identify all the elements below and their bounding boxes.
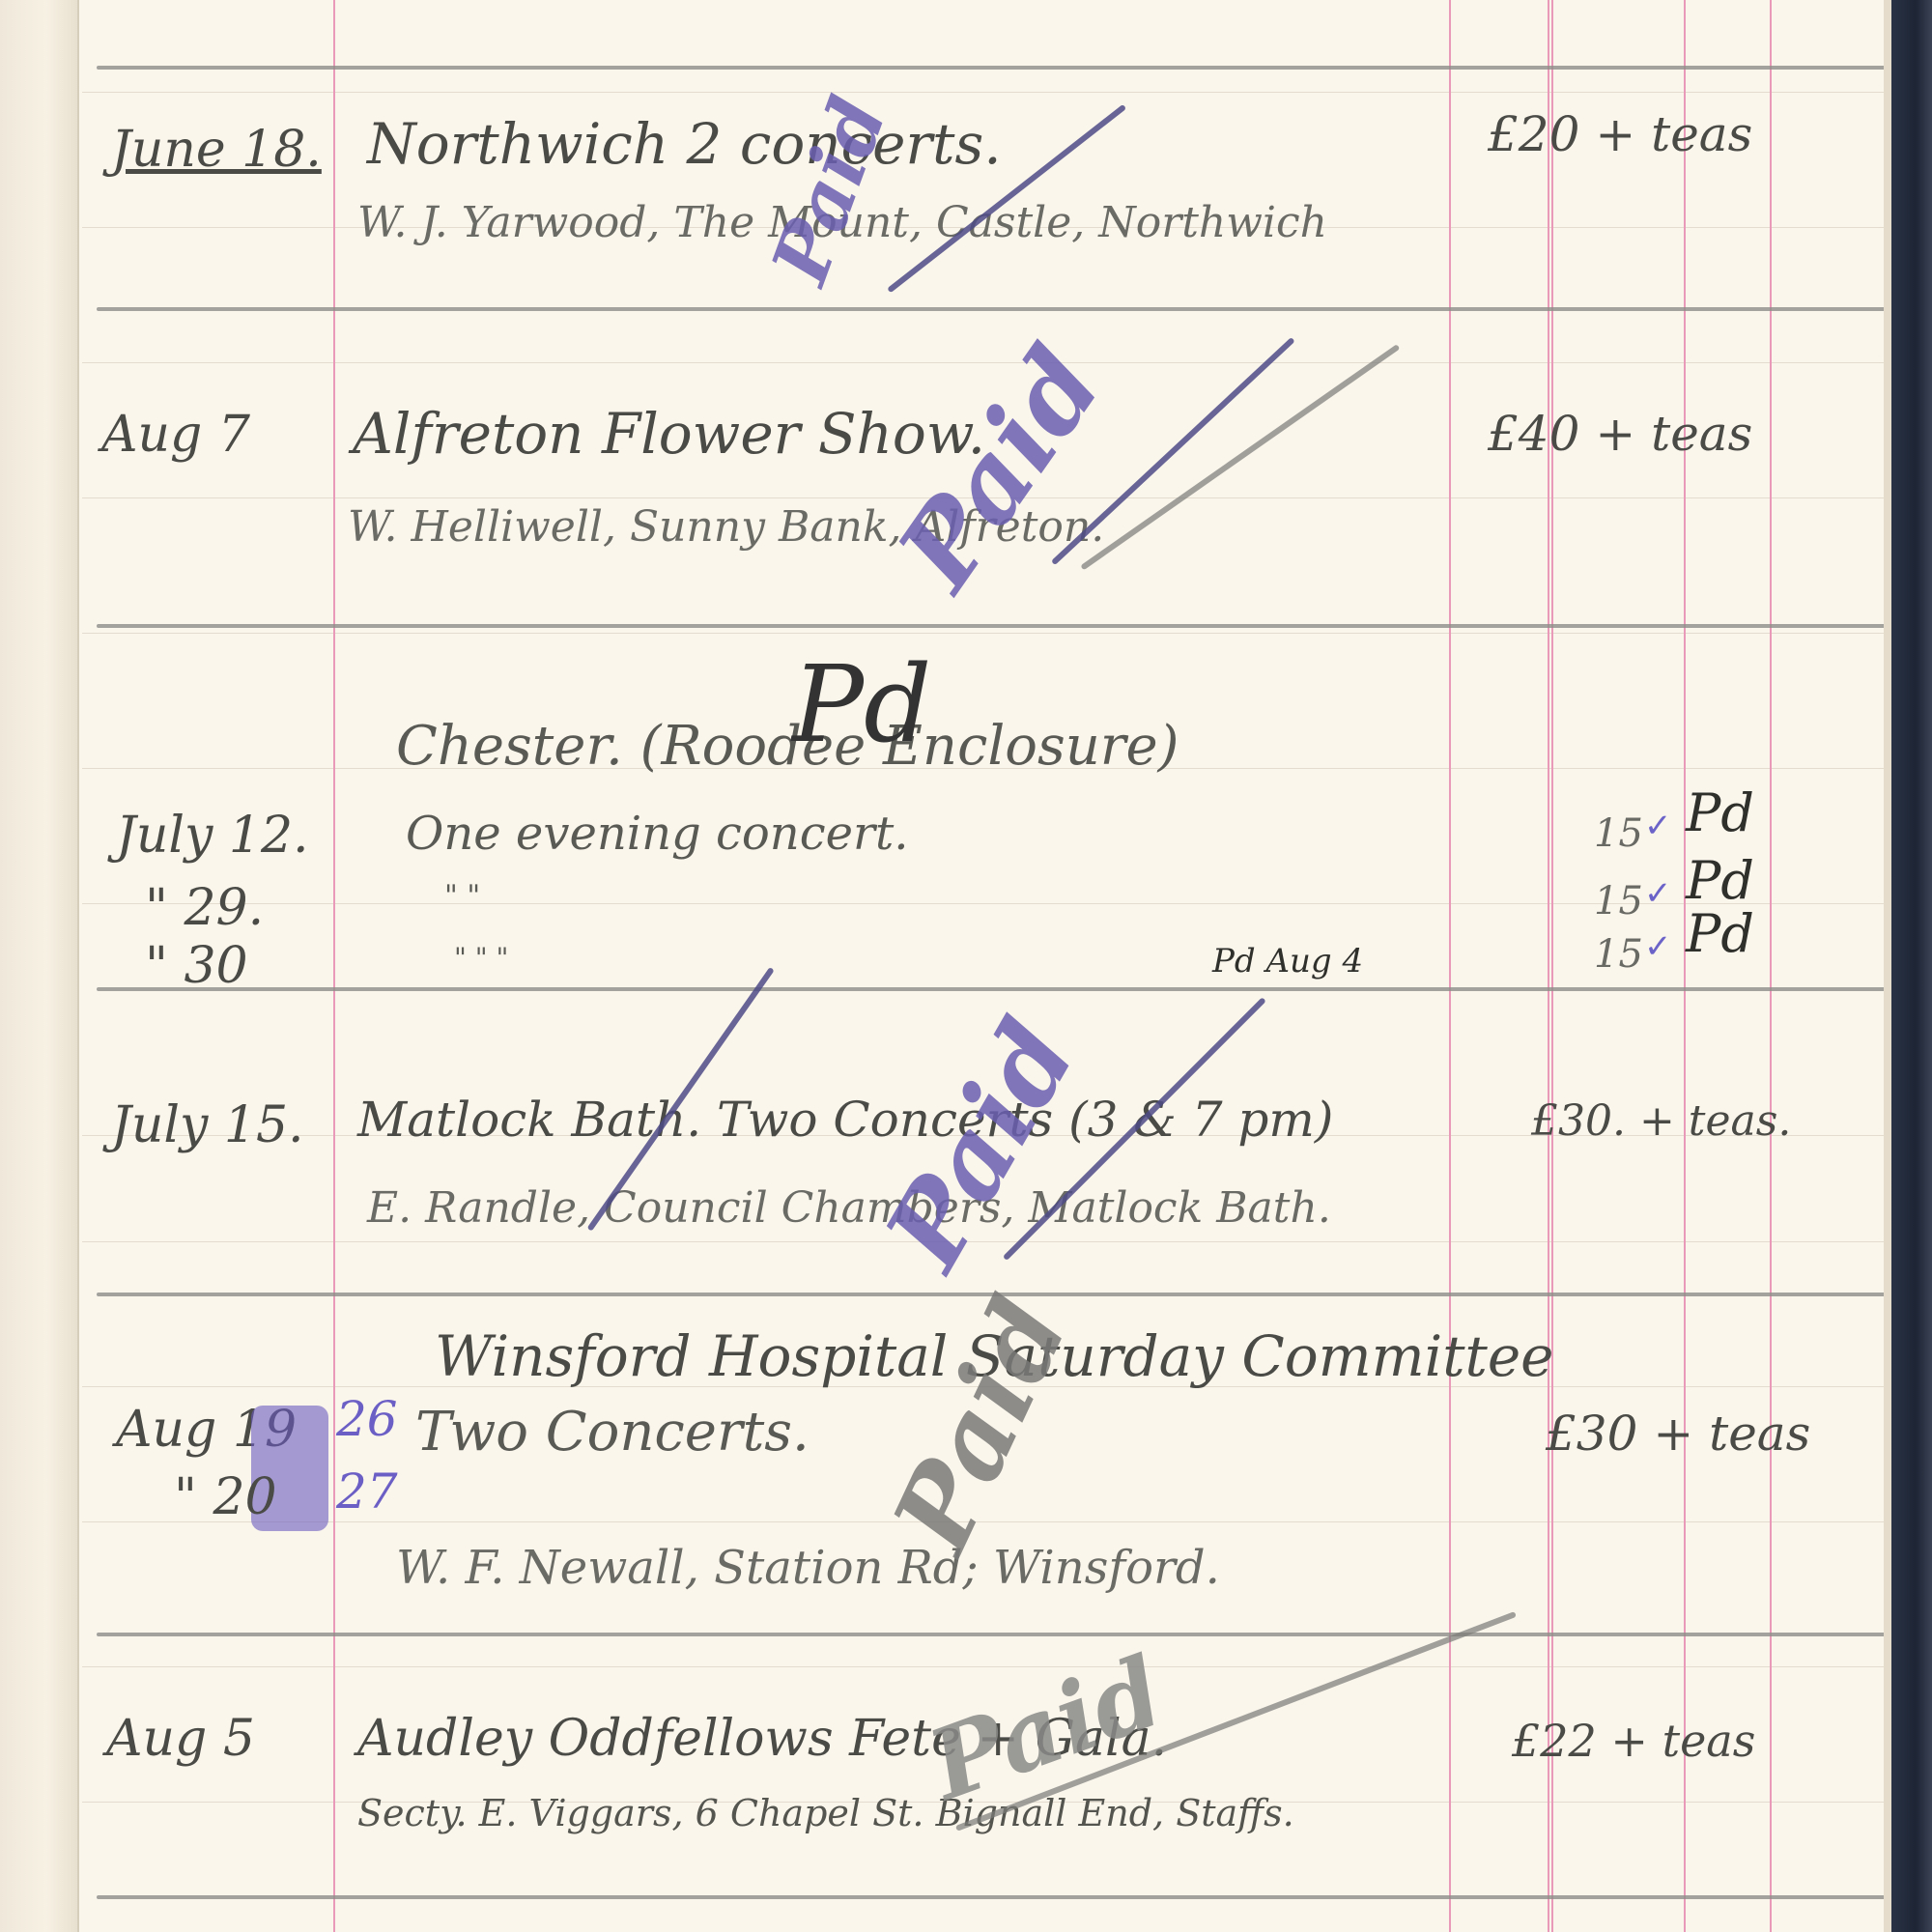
entry-title: Alfreton Flower Show. — [353, 401, 985, 467]
entry-date: July 15. — [111, 1096, 304, 1154]
page-gutter — [0, 0, 77, 1932]
entry-fee: £22 + teas — [1512, 1715, 1755, 1767]
strike-line — [1080, 344, 1400, 570]
entry-divider — [97, 987, 1893, 991]
entry-divider — [97, 307, 1893, 311]
sub-entry-status: Pd — [1686, 850, 1754, 911]
entry-date: Aug 7 — [101, 406, 250, 464]
ruled-line — [82, 1666, 1884, 1667]
check-mark-icon: ✓ — [1644, 807, 1672, 845]
check-mark-icon: ✓ — [1644, 927, 1672, 966]
sub-entry-description: " " — [444, 879, 480, 913]
entry-title: Northwich 2 concerts. — [367, 111, 1002, 177]
sub-entry-description: One evening concert. — [406, 807, 909, 861]
entry-fee: £30. + teas. — [1531, 1096, 1791, 1146]
ruled-line — [82, 633, 1884, 634]
page-edge — [1884, 0, 1891, 1932]
ledger-page: June 18. Northwich 2 concerts. £20 + tea… — [0, 0, 1932, 1932]
ruled-line — [82, 362, 1884, 363]
sub-entry-date: " 30 — [145, 937, 248, 995]
sub-entry-date: " 29. — [145, 879, 264, 937]
date-correction: 27 — [336, 1463, 398, 1520]
sub-entry-date: July 12. — [116, 807, 309, 865]
book-binding — [1891, 0, 1932, 1932]
entry-date: " 20 — [174, 1468, 277, 1526]
margin-line — [1684, 0, 1686, 1932]
entry-title: Chester. (Roodee Enclosure) — [396, 715, 1179, 778]
gutter-fold — [77, 0, 79, 1932]
payment-note: Pd Aug 4 — [1212, 942, 1363, 980]
entry-date: Aug 5 — [106, 1710, 255, 1768]
entry-title: Matlock Bath. Two Concerts (3 & 7 pm) — [357, 1092, 1333, 1148]
entry-fee: £20 + teas — [1488, 106, 1752, 162]
margin-line — [1548, 0, 1549, 1932]
paid-stamp: Pd — [792, 642, 931, 766]
entry-divider — [97, 66, 1893, 70]
entry-contact: E. Randle, Council Chambers, Matlock Bat… — [367, 1183, 1331, 1233]
sub-entry-amount: 15 — [1594, 811, 1643, 856]
margin-line — [1551, 0, 1553, 1932]
sub-entry-amount: 15 — [1594, 932, 1643, 977]
sub-entry-amount: 15 — [1594, 879, 1643, 923]
entry-fee: £40 + teas — [1488, 406, 1752, 462]
date-correction: 26 — [336, 1391, 398, 1447]
entry-contact: W. F. Newall, Station Rd; Winsford. — [396, 1541, 1220, 1595]
check-mark-icon: ✓ — [1644, 874, 1672, 913]
entry-fee: £30 + teas — [1546, 1406, 1810, 1462]
entry-description: Two Concerts. — [415, 1401, 810, 1463]
ruled-line — [82, 92, 1884, 93]
sub-entry-status: Pd — [1686, 782, 1754, 843]
sub-entry-status: Pd — [1686, 903, 1754, 964]
entry-contact: Secty. E. Viggars, 6 Chapel St. Bignall … — [357, 1792, 1294, 1834]
entry-divider — [97, 1633, 1893, 1636]
entry-date: June 18. — [111, 121, 322, 179]
entry-divider — [97, 1895, 1893, 1899]
paid-stamp: Paid — [874, 326, 1125, 611]
margin-line — [333, 0, 335, 1932]
sub-entry-description: " " " — [454, 942, 508, 974]
entry-divider — [97, 624, 1893, 628]
margin-line — [1770, 0, 1772, 1932]
